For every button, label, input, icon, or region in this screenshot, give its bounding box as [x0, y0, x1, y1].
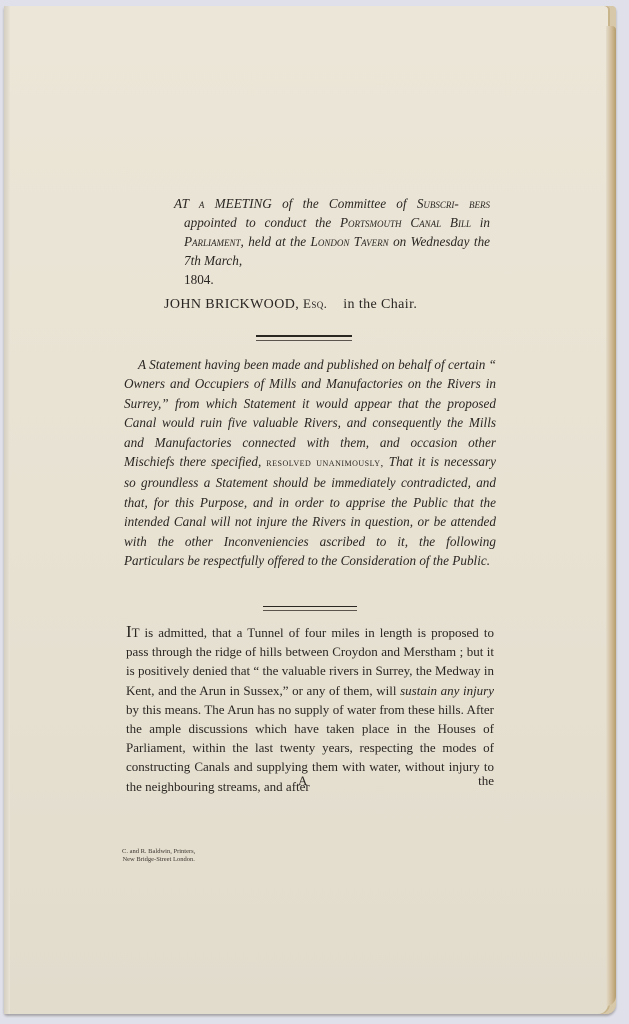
chair-name: JOHN BRICKWOOD, [164, 297, 299, 312]
resolved-label: resolved unanimously, [266, 457, 383, 469]
printer-imprint: C. and R. Baldwin, Printers, New Bridge-… [122, 848, 195, 864]
signature-mark: A [298, 773, 307, 789]
resolution-paragraph: A Statement having been made and publish… [124, 355, 496, 570]
section-divider [256, 335, 352, 341]
meeting-heading: AT a MEETING of the Committee of Subscri… [184, 194, 490, 289]
chair-line: JOHN BRICKWOOD, Esq. in the Chair. [164, 296, 417, 313]
section-divider [263, 606, 357, 611]
document-page: AT a MEETING of the Committee of Subscri… [4, 6, 616, 1014]
body-paragraph: IT is admitted, that a Tunnel of four mi… [126, 622, 494, 796]
signature-line: A the [126, 773, 494, 793]
catchword: the [478, 773, 494, 789]
chair-role: in the Chair. [343, 297, 417, 312]
meeting-year: 1804. [184, 272, 214, 287]
chair-esq: Esq. [303, 296, 327, 311]
page-left-edge [4, 6, 10, 1014]
page-right-edge [606, 26, 616, 1006]
